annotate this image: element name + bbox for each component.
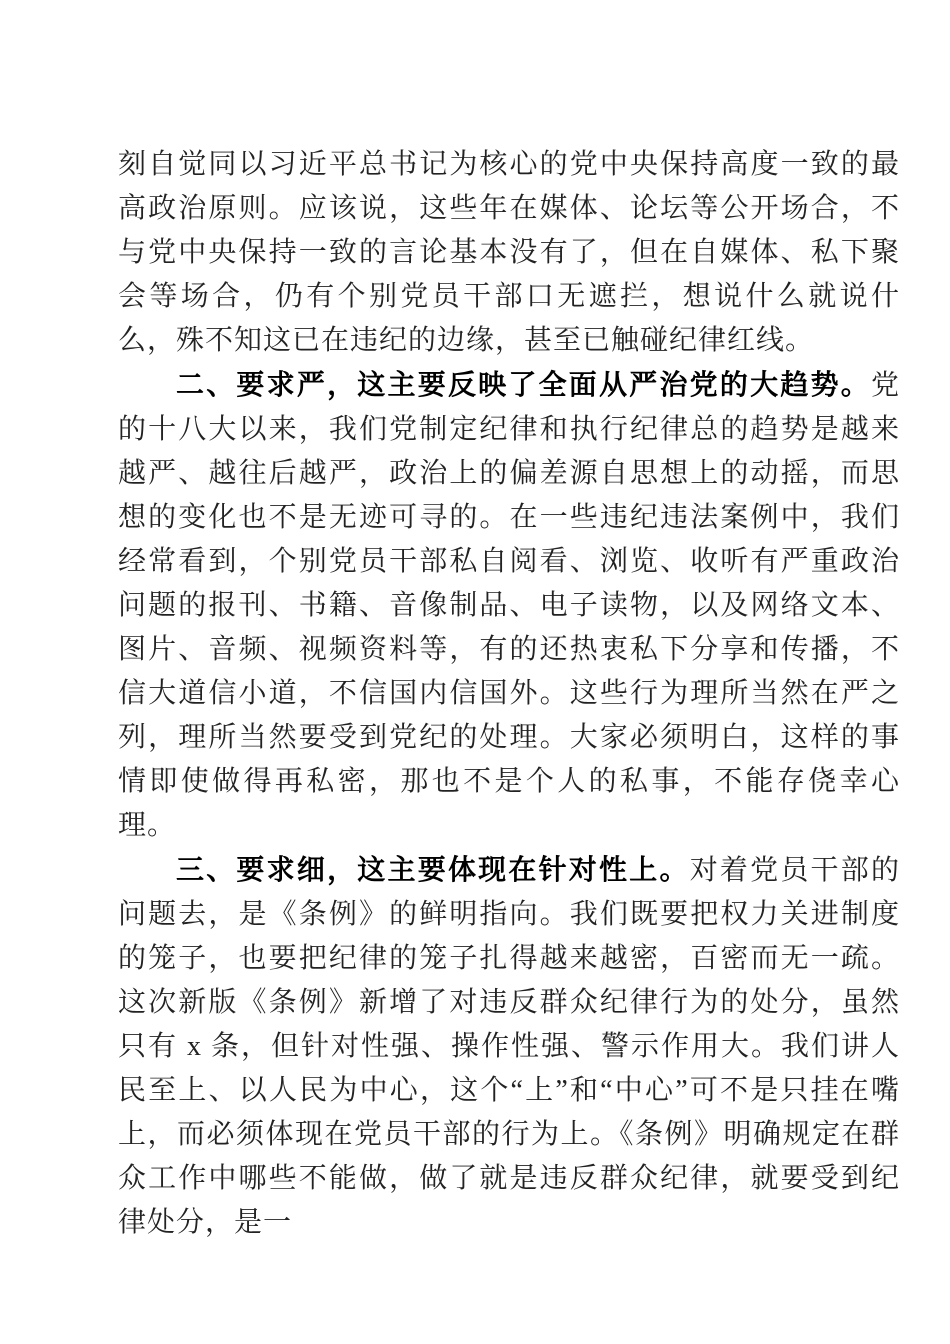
- paragraph-section-2-text: 党的十八大以来，我们党制定纪律和执行纪律总的趋势是越来越严、越往后越严，政治上的…: [118, 370, 900, 841]
- section-2-heading: 二、要求严，这主要反映了全面从严治党的大趋势。: [176, 369, 871, 400]
- paragraph-continuation: 刻自觉同以习近平总书记为核心的党中央保持高度一致的最高政治原则。应该说，这些年在…: [118, 143, 900, 363]
- paragraph-section-3: 三、要求细，这主要体现在针对性上。对着党员干部的问题去，是《条例》的鲜明指向。我…: [118, 848, 900, 1245]
- section-3-heading: 三、要求细，这主要体现在针对性上。: [176, 854, 690, 885]
- paragraph-continuation-text: 刻自觉同以习近平总书记为核心的党中央保持高度一致的最高政治原则。应该说，这些年在…: [118, 149, 900, 356]
- paragraph-section-2: 二、要求严，这主要反映了全面从严治党的大趋势。党的十八大以来，我们党制定纪律和执…: [118, 363, 900, 848]
- document-page: 刻自觉同以习近平总书记为核心的党中央保持高度一致的最高政治原则。应该说，这些年在…: [0, 0, 950, 1344]
- paragraph-section-3-text: 对着党员干部的问题去，是《条例》的鲜明指向。我们既要把权力关进制度的笼子，也要把…: [118, 855, 900, 1238]
